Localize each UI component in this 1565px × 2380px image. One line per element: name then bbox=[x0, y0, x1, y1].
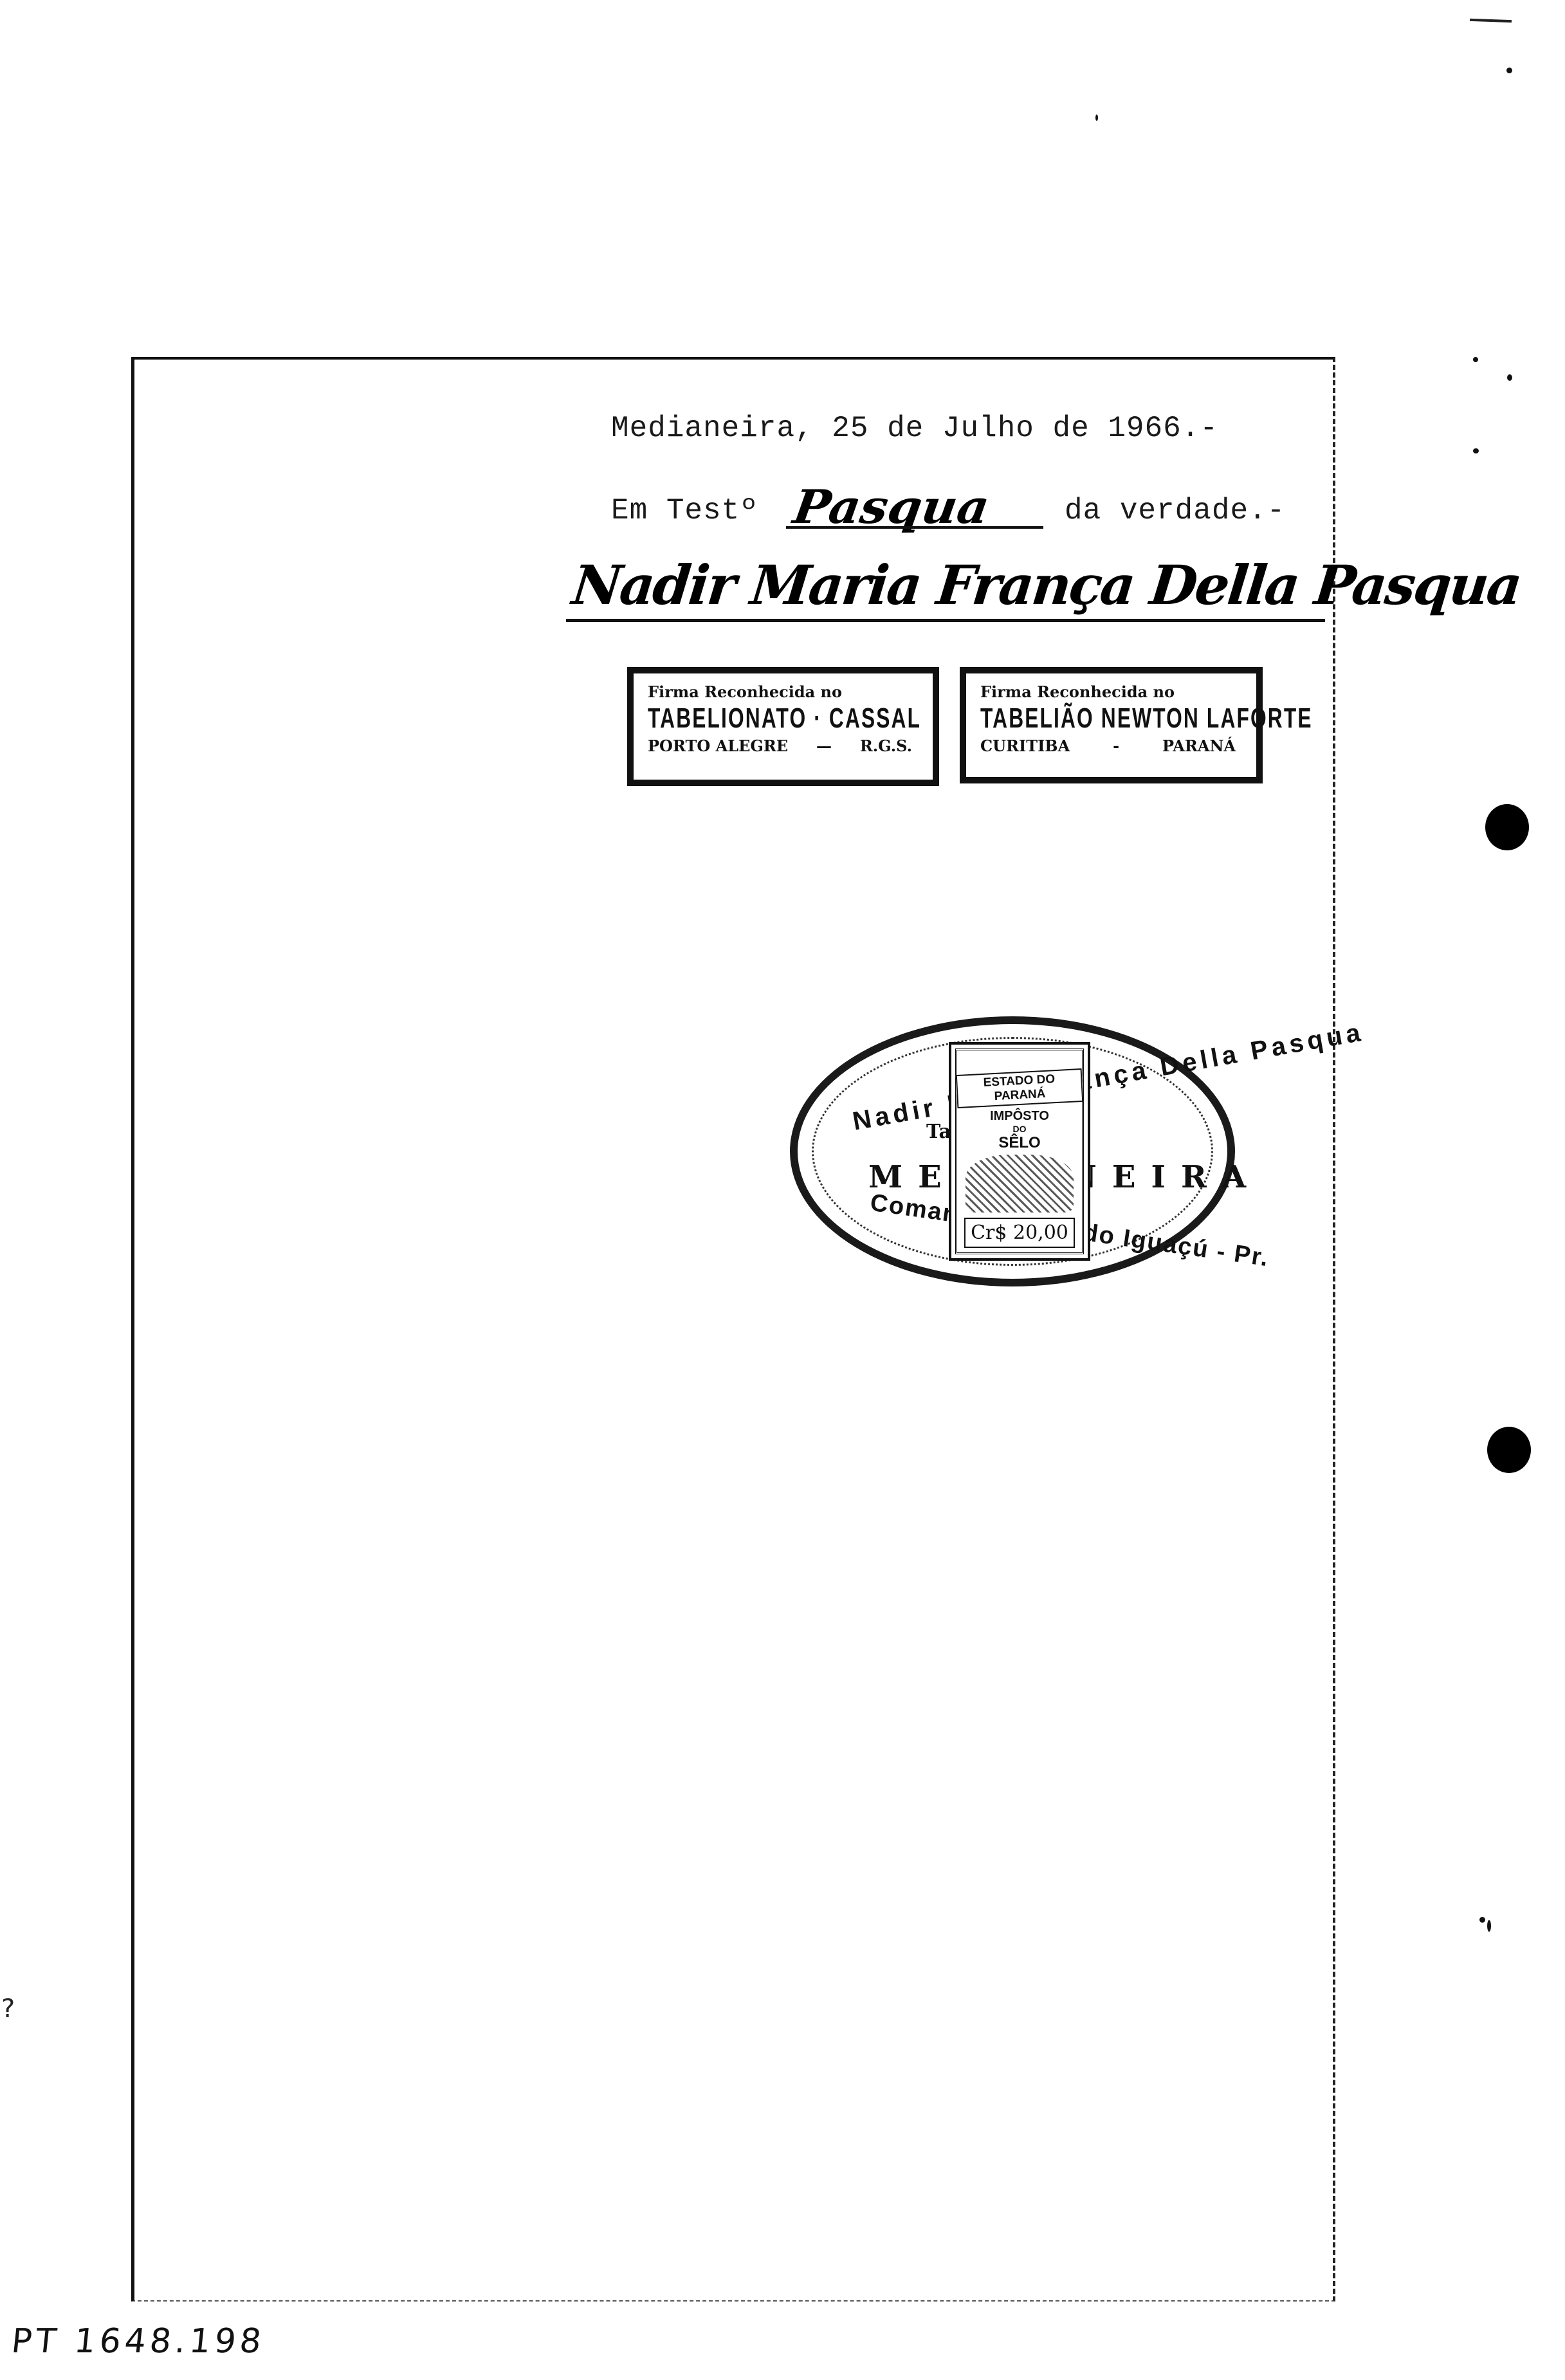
stamp-location: PORTO ALEGRE — R.G.S. bbox=[648, 735, 921, 757]
punch-hole bbox=[1487, 1427, 1531, 1473]
stamp-separator: — bbox=[816, 735, 832, 757]
stamp-notary-name: TABELIONATO · CASSAL bbox=[648, 702, 845, 735]
notary-stamp-laforte: Firma Reconhecida no TABELIÃO NEWTON LAF… bbox=[960, 667, 1263, 783]
stamp-heading: Firma Reconhecida no bbox=[648, 682, 921, 702]
stamp-state: R.G.S. bbox=[860, 735, 912, 757]
scan-speck bbox=[1095, 114, 1098, 121]
stamp-city: PORTO ALEGRE bbox=[648, 735, 788, 757]
scan-speck bbox=[1473, 357, 1478, 362]
stamp-state: PARANÁ bbox=[1162, 735, 1236, 757]
margin-handwritten-mark: ? bbox=[1, 1994, 15, 2024]
revenue-stamp-object: SÊLO bbox=[956, 1134, 1083, 1152]
revenue-stamp-state: ESTADO DO PARANÁ bbox=[956, 1068, 1083, 1108]
scan-speck bbox=[1507, 374, 1512, 381]
stamp-notary-name: TABELIÃO NEWTON LAFORTE bbox=[980, 702, 1171, 735]
witness-underline bbox=[786, 526, 1043, 529]
witness-suffix: da verdade.- bbox=[1065, 494, 1285, 527]
revenue-stamp-connector: DO bbox=[956, 1124, 1083, 1134]
punch-hole bbox=[1485, 804, 1529, 850]
revenue-stamp-value: Cr$ 20,00 bbox=[964, 1218, 1075, 1248]
revenue-stamp: ESTADO DO PARANÁ IMPÔSTO DO SÊLO Cr$ 20,… bbox=[949, 1042, 1090, 1261]
archive-reference-number: PT 1648.198 bbox=[10, 2322, 267, 2361]
revenue-stamp-tax: IMPÔSTO bbox=[956, 1109, 1083, 1124]
notary-stamp-cassal: Firma Reconhecida no TABELIONATO · CASSA… bbox=[627, 667, 939, 786]
stamp-location: CURITIBA - PARANÁ bbox=[980, 735, 1245, 757]
date-line: Medianeira, 25 de Julho de 1966.- bbox=[611, 412, 1218, 445]
stamp-heading: Firma Reconhecida no bbox=[980, 682, 1245, 702]
stamp-separator: - bbox=[1113, 735, 1119, 757]
revenue-stamp-floral-engraving bbox=[966, 1155, 1074, 1213]
scan-artifact bbox=[1470, 19, 1512, 23]
scan-speck bbox=[1506, 68, 1512, 73]
signature-underline bbox=[566, 619, 1325, 622]
scan-speck bbox=[1487, 1920, 1491, 1932]
scan-speck bbox=[1473, 448, 1479, 453]
witness-prefix: Em Testº bbox=[611, 494, 758, 527]
signature: Nadir Maria França Della Pasqua bbox=[569, 553, 1523, 617]
scan-speck bbox=[1479, 1917, 1485, 1923]
stamp-city: CURITIBA bbox=[980, 735, 1070, 757]
page-border-frame bbox=[131, 357, 1335, 2302]
